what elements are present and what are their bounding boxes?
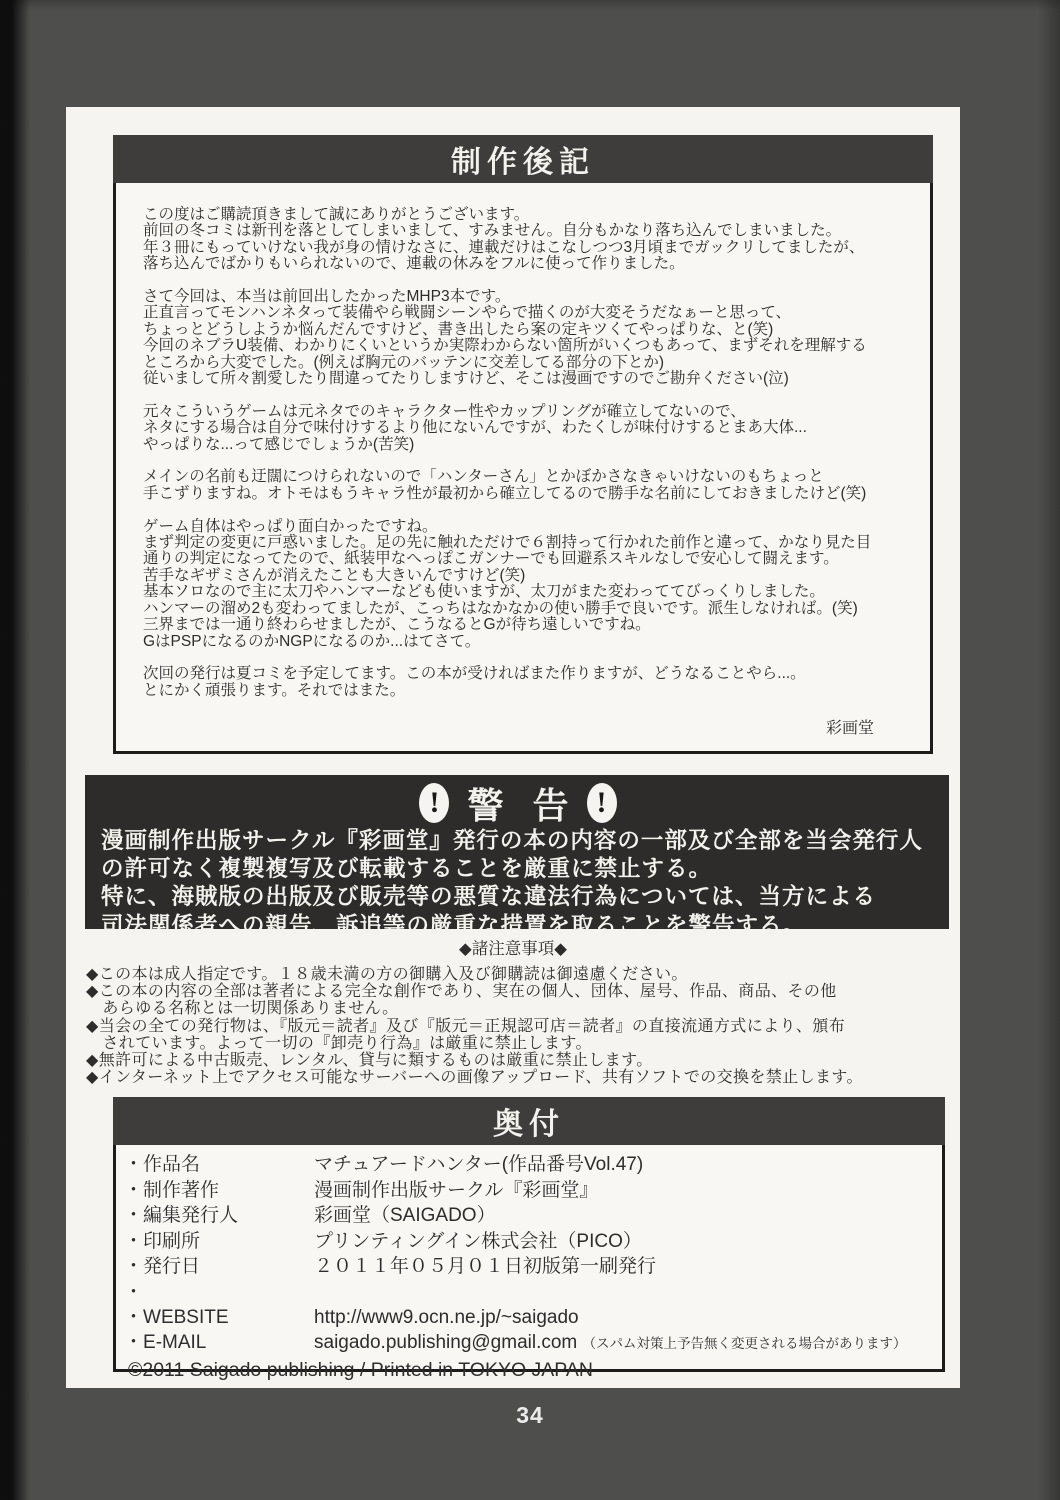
colophon-row: ・印刷所 プリンティングイン株式会社（PICO）: [124, 1230, 932, 1256]
afterword-signature: 彩画堂: [143, 715, 912, 738]
notice-item: ◆インターネット上でアクセス可能なサーバーへの画像アップロード、共有ソフトでの交…: [86, 1069, 940, 1086]
colophon-row: ・編集発行人 彩画堂（SAIGADO）: [124, 1204, 932, 1230]
notice-item: ◆無許可による中古販売、レンタル、貸与に類するものは厳重に禁止します。: [86, 1052, 940, 1069]
afterword-text: この度はご購読頂きまして誠にありがとうございます。前回の冬コミは新刊を落としてし…: [143, 207, 912, 699]
afterword-line: ネタにする場合は自分で味付けするより他にないんですが、わたくしが味付けするとまあ…: [143, 420, 912, 436]
afterword-body: この度はご購読頂きまして誠にありがとうございます。前回の冬コミは新刊を落としてし…: [113, 183, 933, 754]
notices-list: ◆この本は成人指定です。１８歳未満の方の御購入及び御購読は御遠慮ください。◆この…: [86, 966, 940, 1086]
colophon-row-label: ・編集発行人: [124, 1204, 314, 1230]
copyright-line: ©2011 Saigado publishing / Printed in TO…: [124, 1357, 932, 1383]
colophon-row-label: ・発行日: [124, 1255, 314, 1281]
colophon-row: ・発行日 ２０１１年０５月０１日初版第一刷発行: [124, 1255, 932, 1281]
warning-title-row: ! 警 告 !: [101, 779, 935, 827]
warning-section: ! 警 告 ! 漫画制作出版サークル『彩画堂』発行の本の内容の一部及び全部を当会…: [85, 775, 949, 929]
colophon-row-value: [314, 1281, 932, 1306]
afterword-line: 落ち込んでばかりもいられないので、連載の休みをフルに使って作りました。: [143, 256, 912, 272]
afterword-line: [143, 502, 912, 518]
colophon-row: ・作品名 マチュアードハンター(作品番号Vol.47): [124, 1153, 932, 1179]
afterword-line: この度はご購読頂きまして誠にありがとうございます。: [143, 207, 912, 223]
warning-line: 司法関係者への親告、訴追等の厳重な措置を取ることを警告する。: [101, 912, 935, 940]
colophon-row-value: プリンティングイン株式会社（PICO）: [314, 1230, 932, 1256]
afterword-line: 今回のネブラU装備、わかりにくいというか実際わからない箇所がいくつもあって、まず…: [143, 338, 912, 354]
colophon-row-value: ２０１１年０５月０１日初版第一刷発行: [314, 1255, 932, 1281]
notice-item: ◆この本は成人指定です。１８歳未満の方の御購入及び御購読は御遠慮ください。: [86, 966, 940, 983]
afterword-line: ハンマーの溜め2も変わってましたが、こっちはなかなかの使い勝手で良いです。派生し…: [143, 601, 912, 617]
scanned-doujinshi-page: 制作後記 この度はご購読頂きまして誠にありがとうございます。前回の冬コミは新刊を…: [0, 0, 1060, 1500]
afterword-line: ところから大変でした。(例えば胸元のバッテンに交差してる部分の下とか): [143, 355, 912, 371]
colophon-rows: ・作品名 マチュアードハンター(作品番号Vol.47) ・制作著作 漫画制作出版…: [124, 1153, 932, 1357]
colophon-row-value: http://www9.ocn.ne.jp/~saigado: [314, 1306, 932, 1332]
notice-item: あらゆる名称とは一切関係ありません。: [86, 1000, 940, 1017]
afterword-line: [143, 387, 912, 403]
warning-text: 漫画制作出版サークル『彩画堂』発行の本の内容の一部及び全部を当会発行人の許可なく…: [101, 827, 935, 940]
afterword-line: まず判定の変更に戸惑いました。足の先に触れただけで６割持って行かれた前作と違って…: [143, 535, 912, 551]
afterword-line: とにかく頑張ります。それではまた。: [143, 683, 912, 699]
notices-title: ◆諸注意事項◆: [86, 940, 940, 958]
afterword-line: 手こずりますね。オトモはもうキャラ性が最初から確立してるので勝手な名前にしておき…: [143, 486, 912, 502]
notice-item: ◆当会の全ての発行物は、『版元＝読者』及び『版元＝正規認可店＝読者』の直接流通方…: [86, 1018, 940, 1035]
colophon-row-value: 彩画堂（SAIGADO）: [314, 1204, 932, 1230]
afterword-line: GはPSPになるのかNGPになるのか...はてさて。: [143, 634, 912, 650]
afterword-line: 次回の発行は夏コミを予定してます。この本が受ければまた作りますが、どうなることや…: [143, 666, 912, 682]
paper-area: 制作後記 この度はご購読頂きまして誠にありがとうございます。前回の冬コミは新刊を…: [66, 107, 960, 1388]
page-number: 34: [0, 1402, 1060, 1429]
colophon-title: 奥付: [113, 1097, 945, 1145]
afterword-line: さて今回は、本当は前回出したかったMHP3本です。: [143, 289, 912, 305]
colophon-row-value: 漫画制作出版サークル『彩画堂』: [314, 1179, 932, 1205]
afterword-line: 前回の冬コミは新刊を落としてしまいまして、すみません。自分もかなり落ち込んでしま…: [143, 223, 912, 239]
afterword-section: 制作後記 この度はご購読頂きまして誠にありがとうございます。前回の冬コミは新刊を…: [113, 135, 933, 754]
notice-item: されています。よって一切の『卸売り行為』は厳重に禁止します。: [86, 1035, 940, 1052]
colophon-row: ・制作著作 漫画制作出版サークル『彩画堂』: [124, 1179, 932, 1205]
notices-section: ◆諸注意事項◆ ◆この本は成人指定です。１８歳未満の方の御購入及び御購読は御遠慮…: [86, 940, 940, 1086]
colophon-row-label: ・WEBSITE: [124, 1306, 314, 1332]
afterword-line: [143, 453, 912, 469]
afterword-line: ちょっとどうしようか悩んだんですけど、書き出したら案の定キツくてやっぱりな、と(…: [143, 322, 912, 338]
afterword-line: 従いまして所々割愛したり間違ってたりしますけど、そこは漫画ですのでご勘弁ください…: [143, 371, 912, 387]
colophon-row-value: マチュアードハンター(作品番号Vol.47): [314, 1153, 932, 1179]
afterword-line: 通りの判定になってたので、紙装甲なへっぽこガンナーでも回避系スキルなしで安心して…: [143, 551, 912, 567]
colophon-row-label: ・作品名: [124, 1153, 314, 1179]
warning-line: の許可なく複製複写及び転載することを厳重に禁止する。: [101, 855, 935, 883]
afterword-line: 元々こういうゲームは元ネタでのキャラクター性やカップリングが確立してないので、: [143, 404, 912, 420]
colophon-row: ・: [124, 1281, 932, 1306]
afterword-line: [143, 273, 912, 289]
afterword-line: 基本ソロなので主に太刀やハンマーなども使いますが、太刀がまた変わっててびっくりし…: [143, 584, 912, 600]
afterword-line: 正直言ってモンハンネタって装備やら戦闘シーンやらで描くのが大変そうだなぁーと思っ…: [143, 305, 912, 321]
colophon-row: ・WEBSITE http://www9.ocn.ne.jp/~saigado: [124, 1306, 932, 1332]
afterword-line: ゲーム自体はやっぱり面白かったですね。: [143, 519, 912, 535]
exclamation-icon: !: [587, 783, 617, 823]
afterword-line: 年３冊にもっていけない我が身の情けなさに、連載だけはこなしつつ3月頃までガックリ…: [143, 240, 912, 256]
colophon-row-label: ・: [124, 1281, 314, 1306]
colophon-row-label: ・制作著作: [124, 1179, 314, 1205]
afterword-title: 制作後記: [113, 135, 933, 183]
warning-title: 警 告: [457, 778, 578, 829]
afterword-line: メインの名前も迂闊につけられないので「ハンターさん」とかぼかさなきゃいけないのも…: [143, 469, 912, 485]
colophon-row-label: ・E-MAIL: [124, 1331, 314, 1357]
colophon-row-note: （スパム対策上予告無く変更される場合があります）: [583, 1336, 907, 1351]
afterword-line: 苦手なギザミさんが消えたことも大きいんですけど(笑): [143, 568, 912, 584]
colophon-body: ・作品名 マチュアードハンター(作品番号Vol.47) ・制作著作 漫画制作出版…: [113, 1145, 945, 1372]
afterword-line: 三界までは一通り終わらせましたが、こうなるとGが待ち遠しいですね。: [143, 617, 912, 633]
warning-line: 特に、海賊版の出版及び販売等の悪質な違法行為については、当方による: [101, 883, 935, 911]
warning-line: 漫画制作出版サークル『彩画堂』発行の本の内容の一部及び全部を当会発行人: [101, 827, 935, 855]
afterword-line: [143, 650, 912, 666]
afterword-line: やっぱりな...って感じでしょうか(苦笑): [143, 437, 912, 453]
exclamation-icon: !: [419, 783, 449, 823]
colophon-row-value: saigado.publishing@gmail.com （スパム対策上予告無く…: [314, 1331, 932, 1357]
colophon-section: 奥付 ・作品名 マチュアードハンター(作品番号Vol.47) ・制作著作 漫画制…: [113, 1097, 945, 1372]
notice-item: ◆この本の内容の全部は著者による完全な創作であり、実在の個人、団体、屋号、作品、…: [86, 983, 940, 1000]
colophon-row-label: ・印刷所: [124, 1230, 314, 1256]
colophon-row: ・E-MAIL saigado.publishing@gmail.com （スパ…: [124, 1331, 932, 1357]
